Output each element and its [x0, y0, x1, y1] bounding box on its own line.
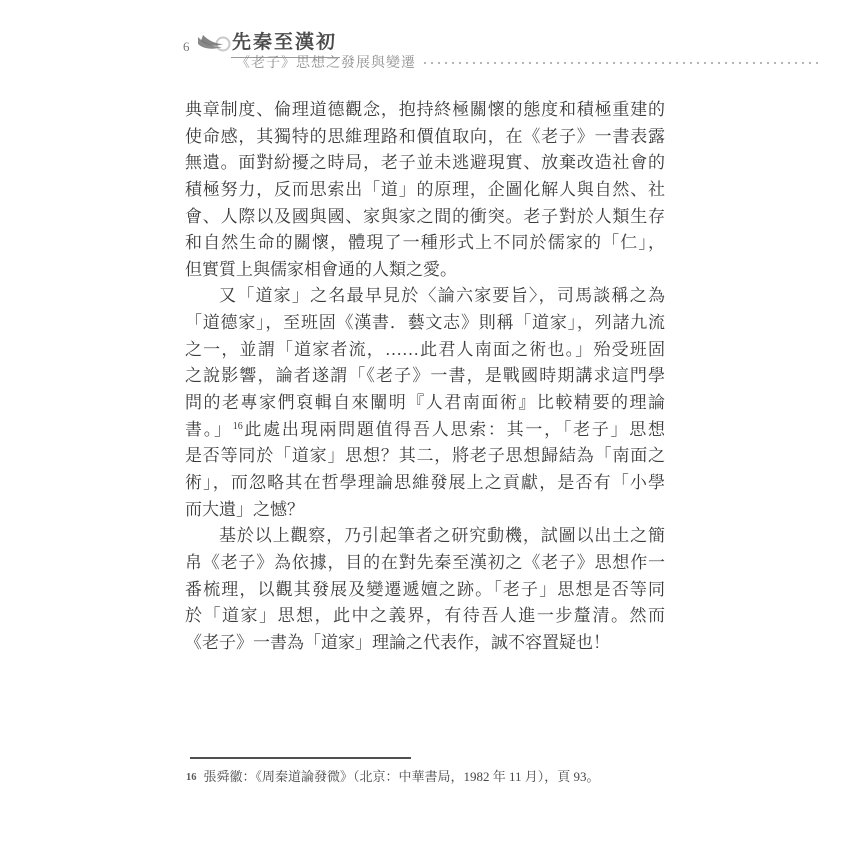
text-line: 番梳理，以觀其發展及變遷遞嬗之跡。「老子」思想是否等同: [185, 577, 665, 604]
text-segment: 此處出現兩問題值得吾人思索：其一，「老子」思想: [243, 420, 665, 439]
text-line: 帛《老子》為依據，目的在對先秦至漢初之《老子》思想作一: [185, 550, 665, 577]
text-line: 基於以上觀察，乃引起筆者之研究動機，試圖以出土之簡: [185, 523, 665, 550]
text-line: 是否等同於「道家」思想？其二，將老子思想歸結為「南面之: [185, 443, 665, 470]
body-text: 典章制度、倫理道德觀念，抱持終極關懷的態度和積極重建的使命感，其獨特的思維理路和…: [185, 97, 665, 656]
text-line: 書。」16此處出現兩問題值得吾人思索：其一，「老子」思想: [185, 417, 665, 444]
text-line: 之說影響，論者遂謂「《老子》一書，是戰國時期講求這門學: [185, 363, 665, 390]
text-line: 和自然生命的關懷，體現了一種形式上不同於儒家的「仁」，: [185, 230, 665, 257]
text-line: 於「道家」思想，此中之義界，有待吾人進一步釐清。然而: [185, 603, 665, 630]
text-line: 但實質上與儒家相會通的人類之愛。: [185, 257, 665, 284]
footnote-divider: [190, 757, 411, 759]
header-subtitle-row: 《老子》思想之發展與變遷: [236, 52, 822, 72]
book-page: 6 先秦至漢初 《老子》思想之發展與變遷 典章制度、倫理道德觀念，抱持終極關懷的…: [0, 0, 850, 850]
text-line: 而大遺」之憾？: [185, 497, 665, 524]
text-line: 問的老專家們裒輯自來闡明『人君南面術』比較精要的理論: [185, 390, 665, 417]
running-subtitle: 《老子》思想之發展與變遷: [236, 52, 416, 72]
footnote-text: 張舜徽：《周秦道論發微》（北京：中華書局，1982 年 11 月），頁 93。: [204, 769, 600, 784]
text-segment: 書。」: [185, 420, 233, 439]
text-line: 會、人際以及國與國、家與家之間的衝突。老子對於人類生存: [185, 204, 665, 231]
text-line: 無遺。面對紛擾之時局，老子並未逃避現實、放棄改造社會的: [185, 150, 665, 177]
text-line: 又「道家」之名最早見於〈論六家要旨〉，司馬談稱之為: [185, 283, 665, 310]
footnote-ref: 16: [233, 421, 243, 432]
dotted-divider: [424, 62, 822, 64]
footnote-number: 16: [186, 772, 197, 783]
text-line: 術」，而忽略其在哲學理論思維發展上之貢獻，是否有「小學: [185, 470, 665, 497]
text-line: 之一，並謂「道家者流，……此君人南面之術也。」殆受班固: [185, 337, 665, 364]
text-line: 典章制度、倫理道德觀念，抱持終極關懷的態度和積極重建的: [185, 97, 665, 124]
page-number: 6: [183, 39, 190, 55]
wave-ornament-icon: [197, 34, 233, 54]
text-line: 《老子》一書為「道家」理論之代表作，誠不容置疑也！: [185, 630, 665, 657]
text-line: 積極努力，反而思索出「道」的原理，企圖化解人與自然、社: [185, 177, 665, 204]
text-line: 「道德家」，至班固《漢書．藝文志》則稱「道家」，列諸九流: [185, 310, 665, 337]
text-line: 使命感，其獨特的思維理路和價值取向，在《老子》一書表露: [185, 124, 665, 151]
footnote: 16張舜徽：《周秦道論發微》（北京：中華書局，1982 年 11 月），頁 93…: [186, 768, 666, 787]
